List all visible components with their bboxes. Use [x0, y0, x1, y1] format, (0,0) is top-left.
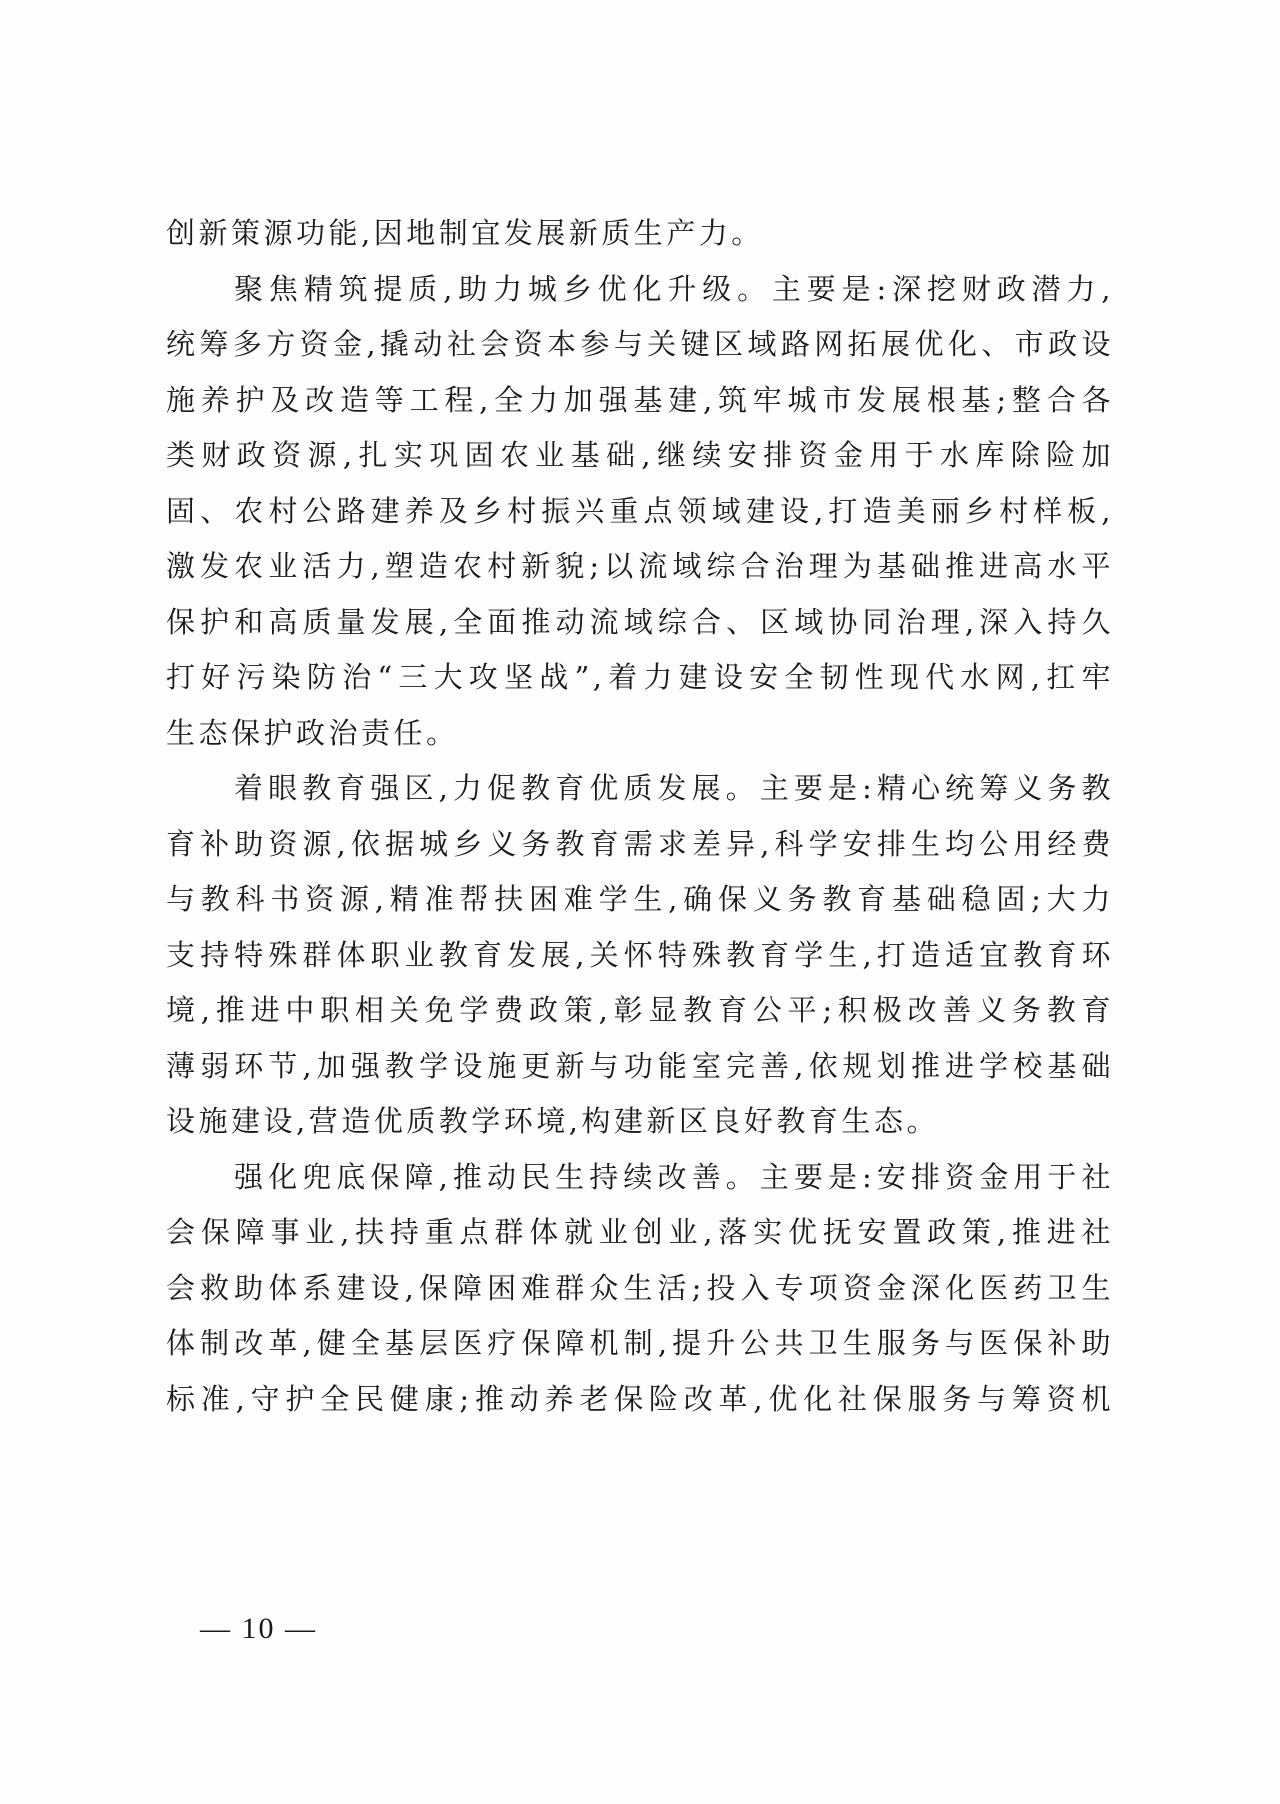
text-line: 标准,守护全民健康;推动养老保险改革,优化社保服务与筹资机 — [166, 1372, 1114, 1428]
text-line: 类财政资源,扎实巩固农业基础,继续安排资金用于水库除险加 — [166, 428, 1114, 484]
text-line: 聚焦精筑提质,助力城乡优化升级。主要是:深挖财政潜力, — [166, 262, 1114, 318]
text-line: 育补助资源,依据城乡义务教育需求差异,科学安排生均公用经费 — [166, 817, 1114, 873]
text-line: 打好污染防治“三大攻坚战”,着力建设安全韧性现代水网,扛牢 — [166, 650, 1114, 706]
paragraph: 聚焦精筑提质,助力城乡优化升级。主要是:深挖财政潜力,统筹多方资金,撬动社会资本… — [166, 262, 1114, 762]
text-line: 薄弱环节,加强教学设施更新与功能室完善,依规划推进学校基础 — [166, 1039, 1114, 1095]
page-number: — 10 — — [200, 1612, 317, 1646]
text-line: 着眼教育强区,力促教育优质发展。主要是:精心统筹义务教 — [166, 761, 1114, 817]
text-line: 强化兜底保障,推动民生持续改善。主要是:安排资金用于社 — [166, 1150, 1114, 1206]
text-line: 固、农村公路建养及乡村振兴重点领域建设,打造美丽乡村样板, — [166, 484, 1114, 540]
text-line: 会保障事业,扶持重点群体就业创业,落实优抚安置政策,推进社 — [166, 1205, 1114, 1261]
paragraph: 创新策源功能,因地制宜发展新质生产力。 — [166, 206, 1114, 262]
text-line: 体制改革,健全基层医疗保障机制,提升公共卫生服务与医保补助 — [166, 1316, 1114, 1372]
text-line: 设施建设,营造优质教学环境,构建新区良好教育生态。 — [166, 1094, 1114, 1150]
text-line: 会救助体系建设,保障困难群众生活;投入专项资金深化医药卫生 — [166, 1261, 1114, 1317]
body-text: 创新策源功能,因地制宜发展新质生产力。聚焦精筑提质,助力城乡优化升级。主要是:深… — [166, 206, 1114, 1427]
text-line: 生态保护政治责任。 — [166, 706, 1114, 762]
text-line: 激发农业活力,塑造农村新貌;以流域综合治理为基础推进高水平 — [166, 539, 1114, 595]
paragraph: 强化兜底保障,推动民生持续改善。主要是:安排资金用于社会保障事业,扶持重点群体就… — [166, 1150, 1114, 1428]
text-line: 与教科书资源,精准帮扶困难学生,确保义务教育基础稳固;大力 — [166, 872, 1114, 928]
text-line: 统筹多方资金,撬动社会资本参与关键区域路网拓展优化、市政设 — [166, 317, 1114, 373]
paragraph: 着眼教育强区,力促教育优质发展。主要是:精心统筹义务教育补助资源,依据城乡义务教… — [166, 761, 1114, 1150]
text-line: 创新策源功能,因地制宜发展新质生产力。 — [166, 206, 1114, 262]
text-line: 境,推进中职相关免学费政策,彰显教育公平;积极改善义务教育 — [166, 983, 1114, 1039]
text-line: 保护和高质量发展,全面推动流域综合、区域协同治理,深入持久 — [166, 595, 1114, 651]
text-line: 施养护及改造等工程,全力加强基建,筑牢城市发展根基;整合各 — [166, 373, 1114, 429]
document-page: 创新策源功能,因地制宜发展新质生产力。聚焦精筑提质,助力城乡优化升级。主要是:深… — [0, 0, 1280, 1804]
text-line: 支持特殊群体职业教育发展,关怀特殊教育学生,打造适宜教育环 — [166, 928, 1114, 984]
